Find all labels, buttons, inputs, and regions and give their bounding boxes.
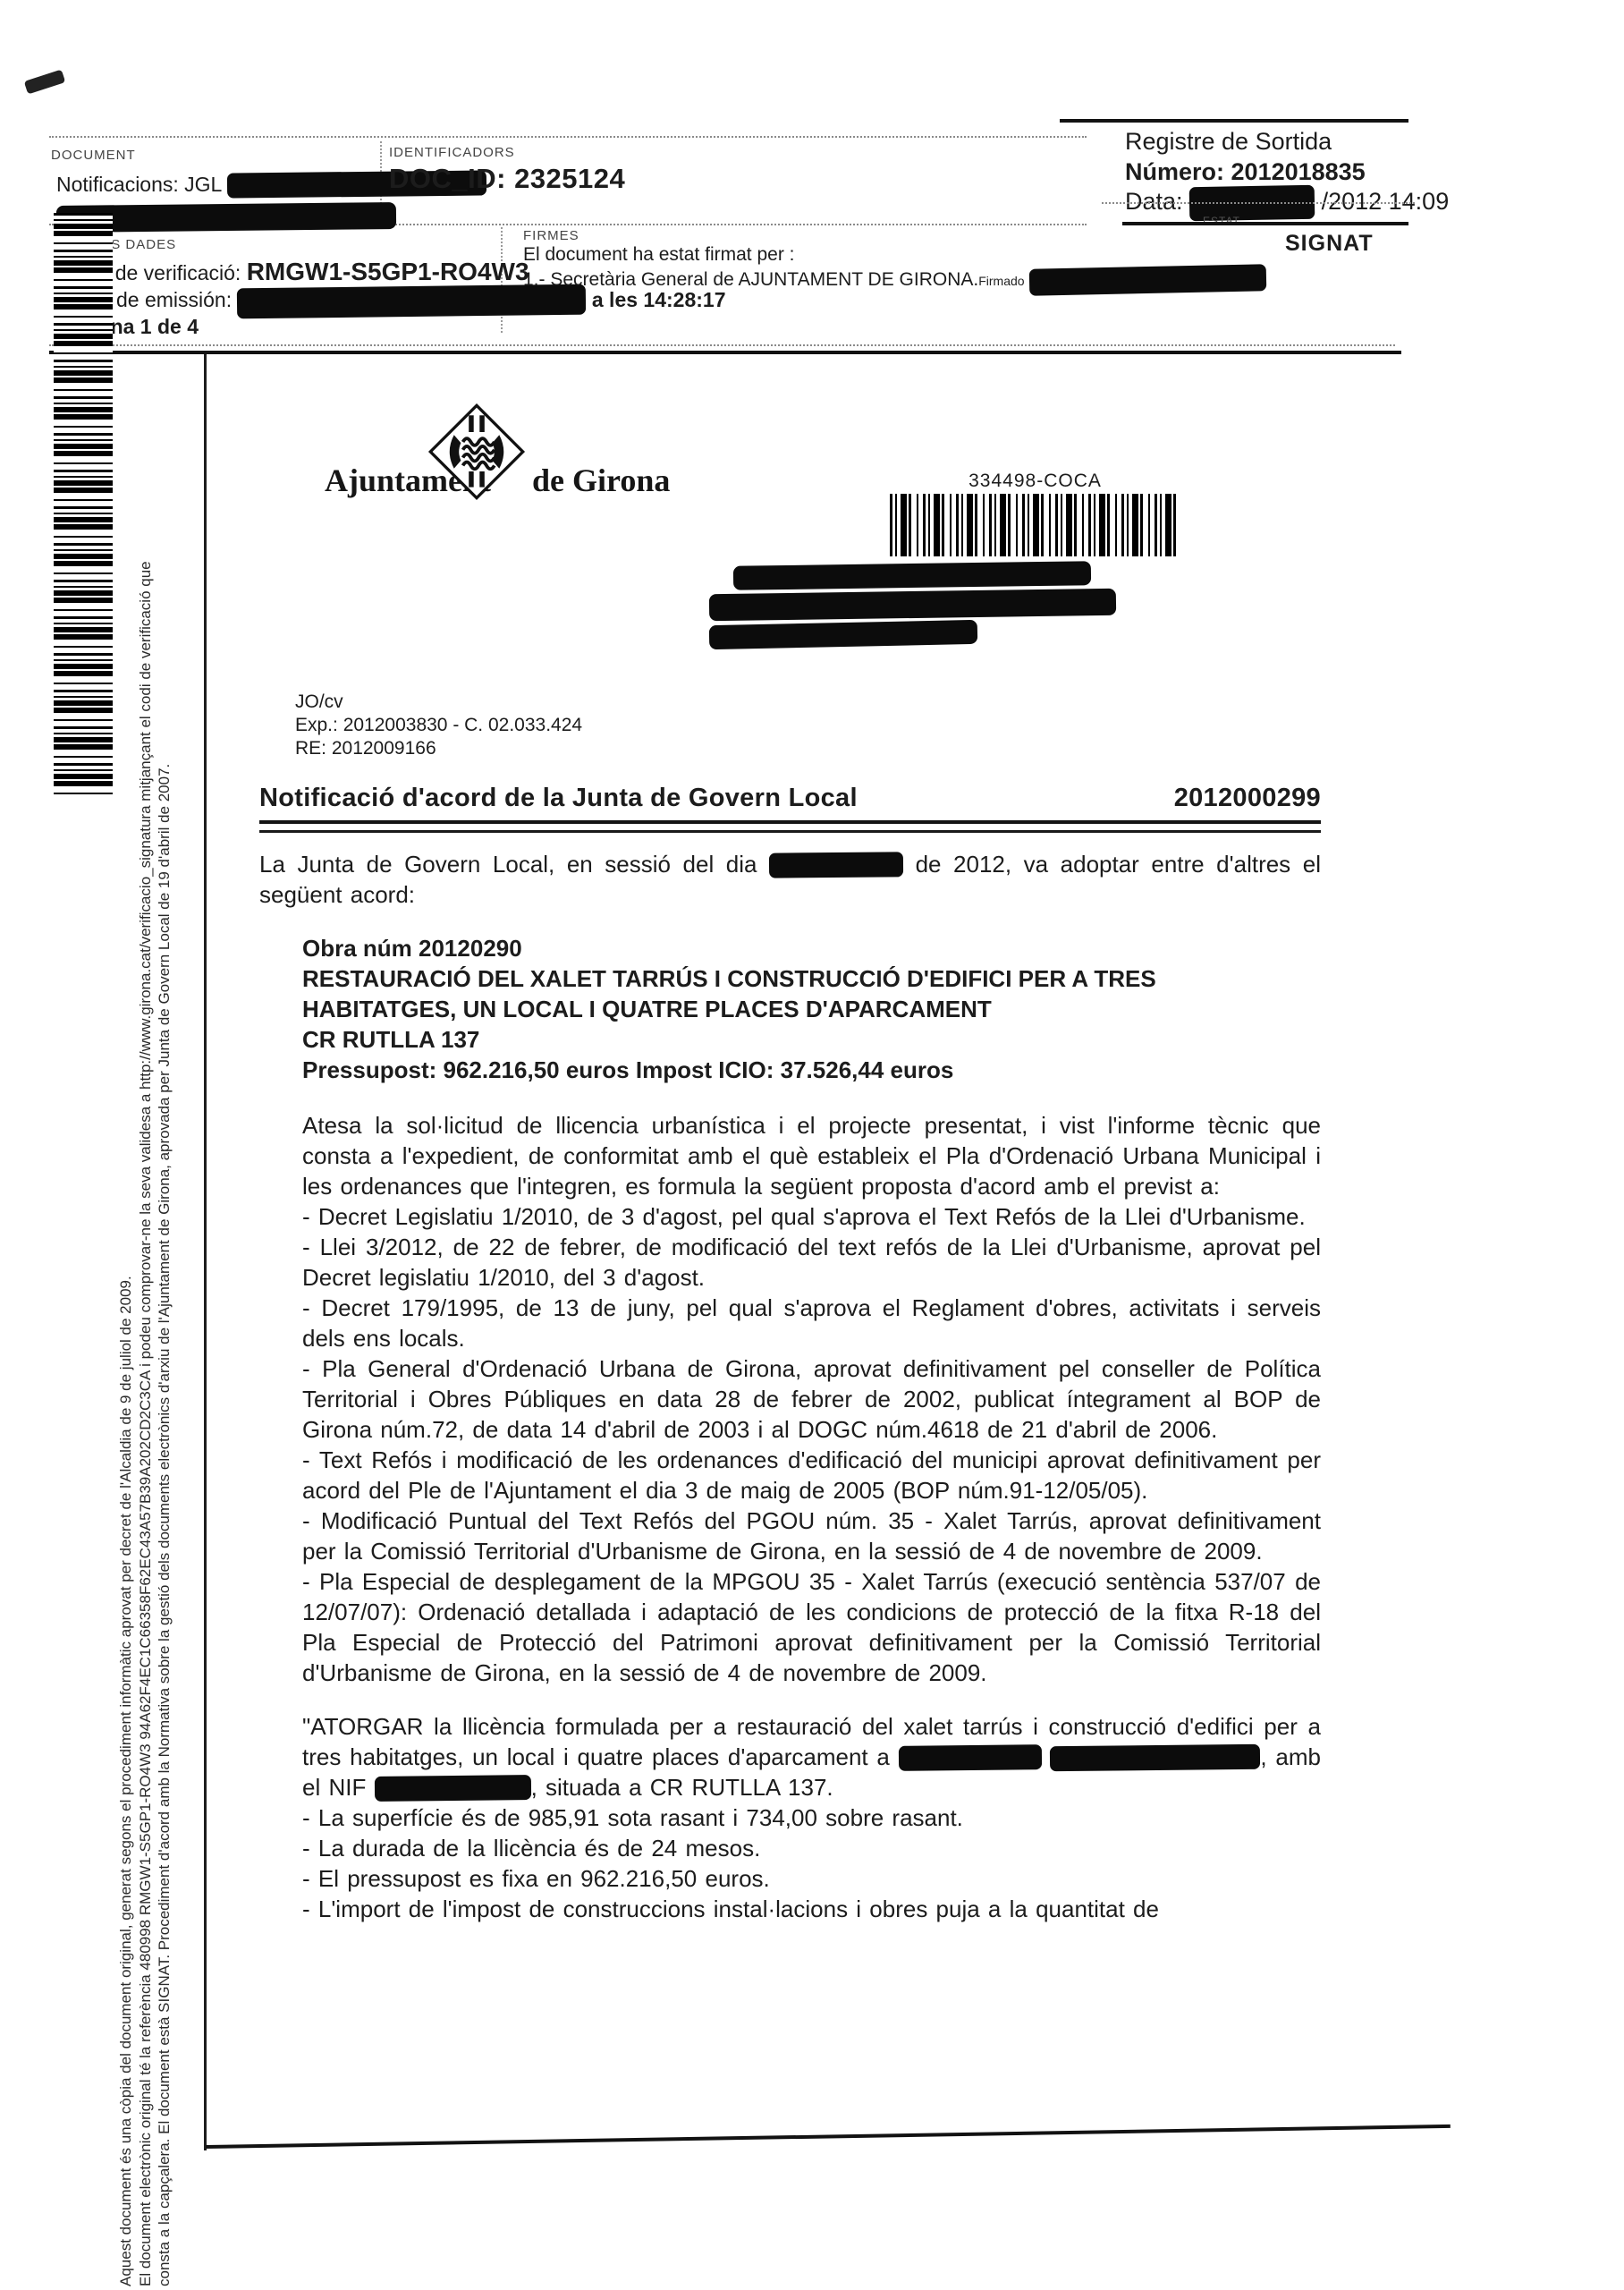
obra-number-line: Obra núm 20120290: [302, 933, 1321, 963]
redaction: [769, 852, 903, 878]
header-bottom-dotted-rule: [49, 344, 1395, 346]
registre-strike-dotted: [1102, 202, 1415, 204]
doc-id-value: 2325124: [514, 163, 625, 194]
firmat-signer: 1.- Secretària General de AJUNTAMENT DE …: [523, 269, 978, 290]
content-box-top-border: [49, 351, 1401, 354]
content-box-left-border: [204, 354, 207, 2150]
main-content: Notificació d'acord de la Junta de Gover…: [259, 784, 1321, 1924]
firmat-signer-line: 1.- Secretària General de AJUNTAMENT DE …: [523, 267, 1266, 293]
notification-title-row: Notificació d'acord de la Junta de Gover…: [259, 784, 1321, 813]
document-section-label: DOCUMENT: [51, 148, 136, 163]
scanned-document-page: DOCUMENT Notificacions: JGL IDENTIFICADO…: [0, 0, 1624, 2290]
logo-text-de-girona: de Girona: [532, 462, 670, 499]
registre-numero-label: Número:: [1125, 158, 1224, 185]
condition-item: - La durada de la llicència és de 24 mes…: [302, 1833, 1321, 1863]
atorgar-post: , situada a CR RUTLLA 137.: [531, 1774, 833, 1801]
intro-paragraph: La Junta de Govern Local, en sessió del …: [259, 849, 1321, 910]
obra-title-line: HABITATGES, UN LOCAL I QUATRE PLACES D'A…: [302, 994, 1321, 1024]
document-barcode: [890, 494, 1180, 556]
obra-title-line: RESTAURACIÓ DEL XALET TARRÚS I CONSTRUCC…: [302, 963, 1321, 994]
condition-item: - L'import de l'impost de construccions …: [302, 1894, 1321, 1924]
legal-reference: - Llei 3/2012, de 22 de febrer, de modif…: [302, 1232, 1321, 1293]
sidebar-legal-line: consta a la capçalera. El document està …: [155, 873, 174, 2286]
sidebar-legal-line: Aquest document és una còpia del documen…: [116, 873, 136, 2286]
redaction: [1029, 264, 1267, 296]
doc-id-label: DOC_ID:: [389, 163, 506, 194]
reference-expedient: Exp.: 2012003830 - C. 02.033.424: [295, 714, 582, 737]
registre-bottom-rule: [1122, 222, 1408, 225]
legal-reference: - Pla General d'Ordenació Urbana de Giro…: [302, 1353, 1321, 1445]
barcode-label: 334498-COCA: [890, 471, 1180, 492]
codi-verificacio-value: RMGW1-S5GP1-RO4W3: [247, 258, 529, 285]
legal-reference: - Modificació Puntual del Text Refós del…: [302, 1505, 1321, 1566]
left-vertical-barcode: [54, 213, 113, 796]
registre-numero: Número: 2012018835: [1125, 157, 1366, 187]
redaction: [709, 620, 977, 649]
reference-initials: JO/cv: [295, 691, 582, 714]
sidebar-legal-text: Aquest document és una còpia del documen…: [116, 873, 175, 2286]
redaction: [709, 589, 1116, 621]
redaction: [899, 1744, 1042, 1771]
content-box-bottom-border: [206, 2125, 1451, 2149]
registre-numero-value: 2012018835: [1231, 158, 1366, 185]
reference-re: RE: 2012009166: [295, 737, 582, 760]
redaction: [374, 1775, 530, 1802]
legal-reference: - Decret 179/1995, de 13 de juny, pel qu…: [302, 1293, 1321, 1353]
title-double-rule: [259, 820, 1321, 833]
atesa-paragraph: Atesa la sol·licitud de llicencia urbaní…: [302, 1110, 1321, 1201]
legal-reference: - Decret Legislatiu 1/2010, de 3 d'agost…: [302, 1201, 1321, 1232]
obra-budget-line: Pressupost: 962.216,50 euros Impost ICIO…: [302, 1055, 1321, 1085]
registre-title: Registre de Sortida: [1125, 127, 1332, 157]
firmado-label: Firmado: [978, 274, 1024, 288]
firmes-section-label: FIRMES: [523, 228, 579, 243]
registre-data-label: Data:: [1125, 188, 1183, 215]
intro-pre: La Junta de Govern Local, en sessió del …: [259, 851, 757, 878]
atorgar-paragraph: "ATORGAR la llicència formulada per a re…: [302, 1711, 1321, 1802]
notification-title: Notificació d'acord de la Junta de Gover…: [259, 784, 858, 813]
doc-id-line: DOC_ID: 2325124: [389, 163, 625, 195]
identificadors-section-label: IDENTIFICADORS: [389, 145, 515, 160]
registre-top-rule: [1060, 119, 1408, 123]
legal-reference: - Pla Especial de desplegament de la MPG…: [302, 1566, 1321, 1688]
codi-verificacio-line: Codi de verificació: RMGW1-S5GP1-RO4W3: [67, 258, 529, 286]
obra-address-line: CR RUTLLA 137: [302, 1024, 1321, 1055]
header-top-dotted-rule: [49, 136, 1087, 138]
redaction: [733, 561, 1091, 590]
legal-reference: - Text Refós i modificació de les ordena…: [302, 1445, 1321, 1505]
redaction: [1050, 1744, 1260, 1771]
sidebar-legal-line: El document electrònic original té la re…: [136, 873, 156, 2286]
ink-smudge: [24, 70, 65, 95]
reference-block: JO/cv Exp.: 2012003830 - C. 02.033.424 R…: [295, 691, 582, 760]
firmat-line: El document ha estat firmat per :: [523, 244, 794, 266]
registre-estat-value: SIGNAT: [1285, 231, 1374, 257]
girona-coat-of-arms-icon: [427, 403, 526, 501]
registre-data-value: /2012 14:09: [1322, 188, 1450, 215]
condition-item: - El pressupost es fixa en 962.216,50 eu…: [302, 1863, 1321, 1894]
obra-heading-block: Obra núm 20120290 RESTAURACIÓ DEL XALET …: [302, 933, 1321, 1085]
notification-number: 2012000299: [1174, 784, 1321, 813]
condition-item: - La superfície és de 985,91 sota rasant…: [302, 1802, 1321, 1833]
notificacions-label: Notificacions: JGL: [56, 173, 222, 196]
